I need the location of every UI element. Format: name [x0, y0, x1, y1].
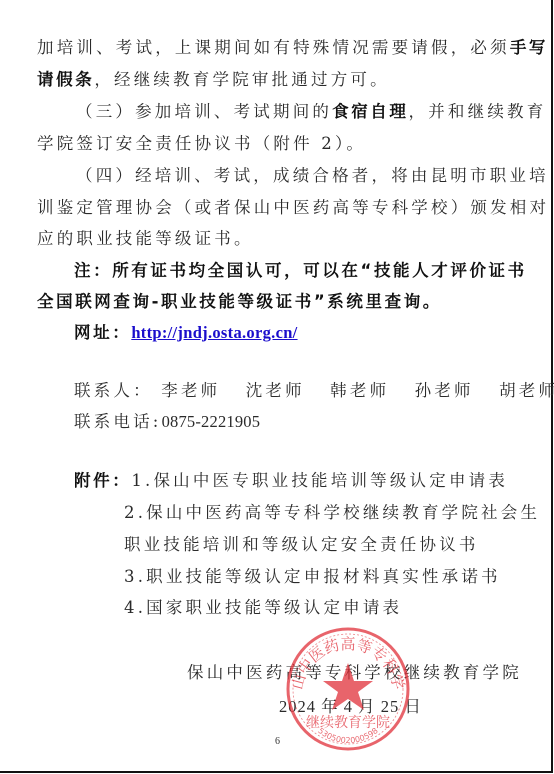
contacts-line: 联系人： 李老师 沈老师 韩老师 孙老师 胡老师 — [74, 381, 554, 401]
svg-text:5305002000598: 5305002000598 — [316, 726, 379, 745]
note-line-1: 注：所有证书均全国认可，可以在“技能人才评价证书 — [74, 261, 527, 281]
attachment-item-continued: 职业技能培训和等级认定安全责任协议书 — [124, 535, 479, 555]
contact-name: 韩老师 — [330, 381, 389, 400]
contact-name: 李老师 — [161, 381, 220, 400]
contact-name: 沈老师 — [246, 381, 305, 400]
bold-text-self-board: 食宿自理 — [332, 102, 408, 121]
paragraph-2-line-2: 请假条，经继续教育学院审批通过方可。 — [37, 70, 390, 90]
paragraph-3-line-2: 学院签订安全责任协议书（附件 2）。 — [37, 134, 366, 154]
osta-url-link[interactable]: http://jndj.osta.org.cn/ — [131, 323, 297, 342]
contact-name: 孙老师 — [415, 381, 474, 400]
attachment-item: 4.国家职业技能等级认定申请表 — [124, 598, 402, 618]
note-line-2: 全国联网查询-职业技能等级证书”系统里查询。 — [37, 292, 442, 312]
phone-label: 联系电话: — [74, 412, 162, 431]
official-seal-icon: 保山中医药高等专科学校 继续教育学院 5305002000598 — [284, 625, 412, 753]
phone-line: 联系电话:0875-2221905 — [74, 412, 260, 432]
paragraph-4-line-3: 应的职业技能等级证书。 — [37, 229, 254, 249]
signature-org: 保山中医药高等专科学校继续教育学院 — [187, 663, 522, 683]
paragraph-4-line-2: 训鉴定管理协会（或者保山中医药高等专科学校）颁发相对 — [37, 198, 549, 218]
text: ，并和继续教育 — [409, 102, 547, 121]
attachment-line-1: 附件：1.保山中医专职业技能培训等级认定申请表 — [74, 471, 508, 491]
attachment-item: 3.职业技能等级认定申报材料真实性承诺书 — [124, 567, 501, 587]
attachments-label: 附件： — [74, 471, 131, 490]
bold-text-leave-note: 请假条 — [37, 70, 94, 89]
text: （三）参加培训、考试期间的 — [76, 102, 332, 121]
url-label: 网址： — [74, 323, 131, 342]
text: 加培训、考试，上课期间如有特殊情况需要请假，必须 — [37, 38, 510, 57]
page-number: 6 — [275, 736, 280, 747]
document-page: 加培训、考试，上课期间如有特殊情况需要请假，必须手写 请假条，经继续教育学院审批… — [0, 0, 553, 773]
bold-text-handwritten: 手写 — [510, 38, 548, 57]
contacts-label: 联系人： — [74, 381, 153, 400]
paragraph-2-line-1: 加培训、考试，上课期间如有特殊情况需要请假，必须手写 — [37, 38, 548, 58]
phone-number: 0875-2221905 — [162, 412, 261, 431]
attachment-item: 2.保山中医药高等专科学校继续教育学院社会生 — [124, 503, 540, 523]
url-line: 网址：http://jndj.osta.org.cn/ — [74, 323, 298, 343]
paragraph-3-line-1: （三）参加培训、考试期间的食宿自理，并和继续教育 — [76, 102, 546, 122]
text: ，经继续教育学院审批通过方可。 — [94, 70, 390, 89]
attachment-item: 1.保山中医专职业技能培训等级认定申请表 — [131, 471, 508, 490]
contact-name: 胡老师 — [499, 381, 554, 400]
paragraph-4-line-1: （四）经培训、考试，成绩合格者，将由昆明市职业培 — [76, 166, 549, 186]
signature-date: 2024 年 4 月 25 日 — [279, 697, 422, 717]
